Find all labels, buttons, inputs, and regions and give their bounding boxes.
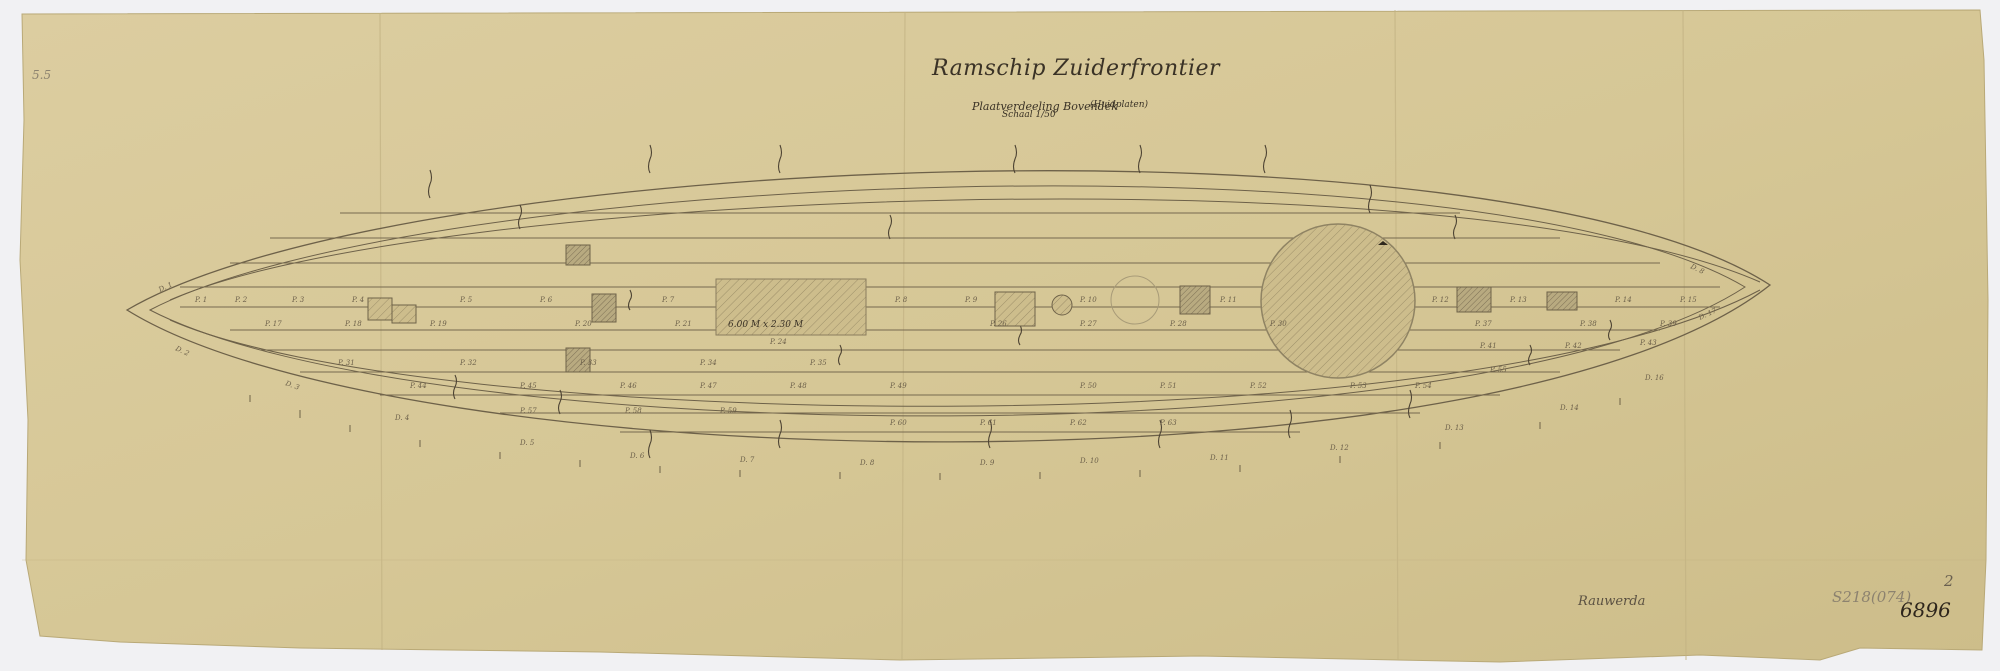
svg-text:P. 28: P. 28 bbox=[1169, 320, 1187, 328]
catalog-number: 6896 bbox=[1900, 598, 1951, 622]
svg-text:P. 60: P. 60 bbox=[889, 419, 907, 427]
svg-text:D. 12: D. 12 bbox=[1329, 444, 1349, 452]
corner-mark: 5.5 bbox=[32, 68, 51, 82]
svg-text:P. 17: P. 17 bbox=[264, 320, 282, 328]
svg-text:D. 9: D. 9 bbox=[979, 459, 995, 467]
svg-text:P. 6: P. 6 bbox=[539, 296, 553, 304]
svg-text:P. 49: P. 49 bbox=[889, 382, 907, 390]
svg-text:P. 4: P. 4 bbox=[351, 296, 364, 304]
drawing-subtitle-note: (Huidplaten) bbox=[1090, 100, 1148, 110]
svg-text:P. 15: P. 15 bbox=[1679, 296, 1697, 304]
svg-text:P. 13: P. 13 bbox=[1509, 296, 1527, 304]
svg-text:P. 30: P. 30 bbox=[1269, 320, 1287, 328]
turret-circle bbox=[1261, 224, 1415, 378]
signature: Rauwerda bbox=[1578, 594, 1645, 609]
svg-text:P. 42: P. 42 bbox=[1564, 342, 1582, 350]
svg-text:P. 9: P. 9 bbox=[964, 296, 978, 304]
svg-text:P. 32: P. 32 bbox=[459, 359, 477, 367]
svg-text:D. 8: D. 8 bbox=[859, 459, 875, 467]
drawing-scale: Schaal 1/50 bbox=[1002, 110, 1056, 120]
svg-text:D. 16: D. 16 bbox=[1644, 374, 1664, 382]
svg-text:P. 33: P. 33 bbox=[579, 359, 597, 367]
svg-text:P. 12: P. 12 bbox=[1431, 296, 1449, 304]
large-hatch-label: 6.00 M x 2.30 M bbox=[728, 320, 803, 330]
svg-text:P. 31: P. 31 bbox=[337, 359, 355, 367]
svg-text:P. 41: P. 41 bbox=[1479, 342, 1497, 350]
svg-text:P. 52: P. 52 bbox=[1249, 382, 1267, 390]
scanned-drawing: P. 1P. 2P. 3 P. 4P. 5P. 6 P. 7P. 8P. 9 P… bbox=[0, 0, 2000, 671]
svg-text:P. 61: P. 61 bbox=[979, 419, 997, 427]
svg-text:P. 57: P. 57 bbox=[519, 407, 537, 415]
svg-text:P. 20: P. 20 bbox=[574, 320, 592, 328]
svg-text:D. 14: D. 14 bbox=[1559, 404, 1579, 412]
svg-text:D. 7: D. 7 bbox=[739, 456, 755, 464]
svg-text:D. 6: D. 6 bbox=[629, 452, 645, 460]
svg-text:P. 10: P. 10 bbox=[1079, 296, 1097, 304]
drawing-title: Ramschip Zuiderfrontier bbox=[932, 56, 1220, 81]
svg-text:D. 5: D. 5 bbox=[519, 439, 535, 447]
svg-text:P. 51: P. 51 bbox=[1159, 382, 1177, 390]
svg-text:P. 53: P. 53 bbox=[1349, 382, 1367, 390]
svg-text:P. 38: P. 38 bbox=[1579, 320, 1597, 328]
catalog-superscript: 2 bbox=[1944, 572, 1954, 590]
svg-text:P. 50: P. 50 bbox=[1079, 382, 1097, 390]
svg-text:P. 3: P. 3 bbox=[291, 296, 305, 304]
svg-text:P. 46: P. 46 bbox=[619, 382, 637, 390]
svg-text:P. 7: P. 7 bbox=[661, 296, 675, 304]
svg-text:P. 21: P. 21 bbox=[674, 320, 692, 328]
svg-text:P. 44: P. 44 bbox=[409, 382, 427, 390]
svg-text:P. 45: P. 45 bbox=[519, 382, 537, 390]
svg-text:D. 10: D. 10 bbox=[1079, 457, 1099, 465]
svg-text:P. 1: P. 1 bbox=[194, 296, 207, 304]
svg-text:P. 39: P. 39 bbox=[1659, 320, 1677, 328]
svg-text:P. 63: P. 63 bbox=[1159, 419, 1177, 427]
svg-text:P. 55: P. 55 bbox=[1489, 366, 1507, 374]
svg-text:P. 37: P. 37 bbox=[1474, 320, 1492, 328]
svg-text:P. 43: P. 43 bbox=[1639, 339, 1657, 347]
svg-text:D. 13: D. 13 bbox=[1444, 424, 1464, 432]
svg-text:P. 48: P. 48 bbox=[789, 382, 807, 390]
svg-text:P. 24: P. 24 bbox=[769, 338, 787, 346]
svg-text:P. 26: P. 26 bbox=[989, 320, 1007, 328]
svg-text:P. 35: P. 35 bbox=[809, 359, 827, 367]
svg-text:P. 11: P. 11 bbox=[1219, 296, 1237, 304]
svg-text:P. 5: P. 5 bbox=[459, 296, 473, 304]
svg-text:P. 34: P. 34 bbox=[699, 359, 717, 367]
svg-text:P. 62: P. 62 bbox=[1069, 419, 1087, 427]
svg-text:P. 2: P. 2 bbox=[234, 296, 248, 304]
svg-text:P. 27: P. 27 bbox=[1079, 320, 1097, 328]
svg-text:P. 54: P. 54 bbox=[1414, 382, 1432, 390]
svg-text:D. 4: D. 4 bbox=[394, 414, 409, 422]
svg-text:P. 18: P. 18 bbox=[344, 320, 362, 328]
svg-text:P. 58: P. 58 bbox=[624, 407, 642, 415]
svg-text:D. 11: D. 11 bbox=[1209, 454, 1229, 462]
svg-text:P. 14: P. 14 bbox=[1614, 296, 1632, 304]
svg-text:P. 8: P. 8 bbox=[894, 296, 908, 304]
svg-text:P. 59: P. 59 bbox=[719, 407, 737, 415]
svg-text:P. 47: P. 47 bbox=[699, 382, 717, 390]
svg-text:P. 19: P. 19 bbox=[429, 320, 447, 328]
